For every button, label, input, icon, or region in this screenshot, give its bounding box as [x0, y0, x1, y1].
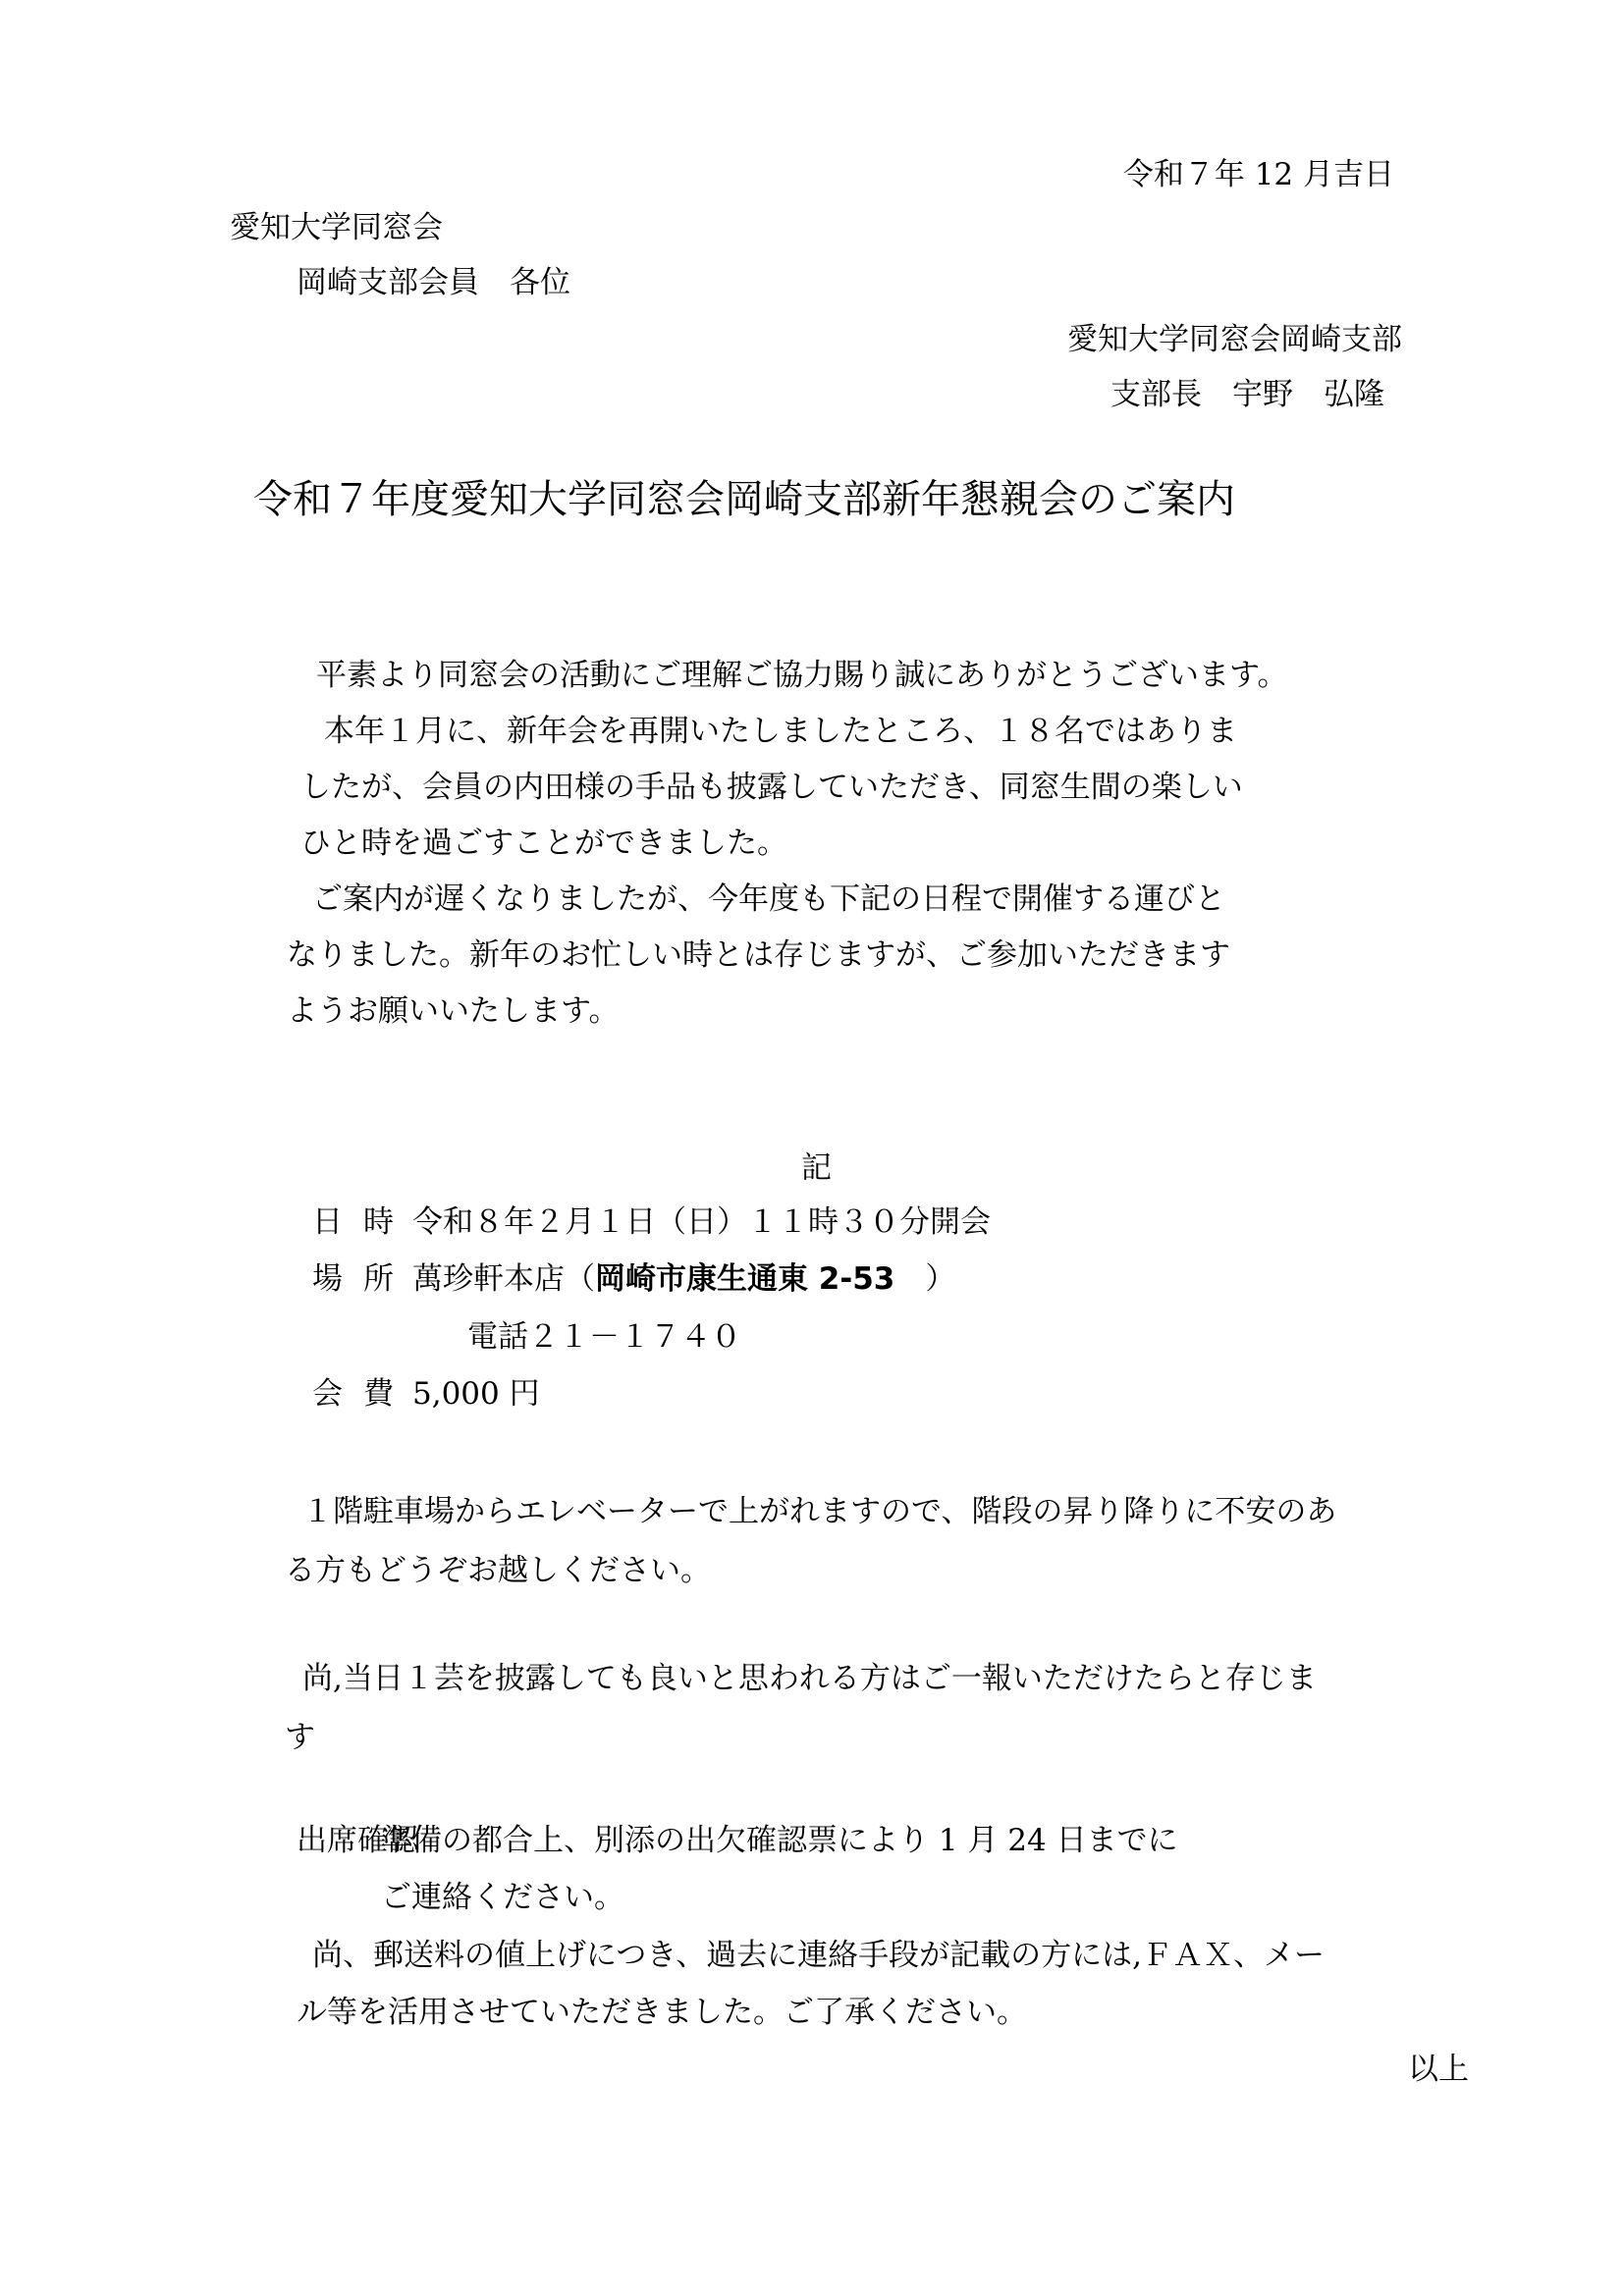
postage-note-line: 尚、郵送料の値上げにつき、過去に連絡手段が記載の方には,ＦＡＸ、メー	[312, 1936, 1325, 1975]
sender-name: 支部長 宇野 弘隆	[1110, 375, 1384, 414]
details-heading: 記	[801, 1148, 832, 1188]
body-line: したが、会員の内田様の手品も披露していただき、同窓生間の楽しい	[300, 768, 1243, 807]
datetime-label-1: 日	[312, 1202, 343, 1242]
venue-label-1: 場	[312, 1259, 343, 1299]
recipient-org: 愛知大学同窓会	[230, 208, 443, 247]
venue-value: 萬珍軒本店（岡崎市康生通東 2-53 ）	[412, 1259, 955, 1299]
document-date: 令和７年 12 月吉日	[1123, 155, 1394, 194]
body-line: 平素より同窓会の活動にご理解ご協力賜り誠にありがとうございます。	[316, 656, 1288, 695]
sender-org: 愛知大学同窓会岡崎支部	[1067, 320, 1402, 359]
venue-address: 岡崎市康生通東 2-53	[595, 1261, 894, 1297]
body-line: ひと時を過ごすことができました。	[300, 824, 787, 863]
venue-name: 萬珍軒本店（	[412, 1261, 595, 1297]
performance-note-line: す	[285, 1718, 315, 1757]
elevator-note-line: １階駐車場からエレベーターで上がれますので、階段の昇り降りに不安のあ	[302, 1492, 1336, 1531]
body-line: なりました。新年のお忙しい時とは存じますが、ご参加いただきます	[287, 935, 1230, 975]
body-line: ようお願いいたします。	[287, 991, 620, 1031]
attendance-line: 準備の都合上、別添の出欠確認票により 1 月 24 日までに	[381, 1821, 1178, 1860]
postage-note-line: ル等を活用させていただきました。ご了承ください。	[297, 1993, 1027, 2032]
venue-phone: 電話２１－１７４０	[467, 1317, 741, 1357]
venue-close: ）	[894, 1261, 955, 1297]
fee-label-1: 会	[312, 1374, 343, 1414]
body-line: 本年１月に、新年会を再開いたしましたところ、１８名ではありま	[324, 712, 1237, 751]
closing-mark: 以上	[1408, 2050, 1469, 2089]
recipient-members: 岡崎支部会員 各位	[297, 263, 570, 302]
elevator-note-line: る方もどうぞお越しください。	[285, 1551, 711, 1590]
document-title: 令和７年度愛知大学同窓会岡崎支部新年懇親会のご案内	[253, 475, 1235, 524]
body-line: ご案内が遅くなりましたが、今年度も下記の日程で開催する運びと	[312, 880, 1225, 919]
datetime-value: 令和８年２月１日（日）１１時３０分開会	[412, 1202, 991, 1242]
attendance-line: ご連絡ください。	[381, 1878, 624, 1917]
performance-note-line: 尚,当日１芸を披露しても良いと思われる方はご一報いただけたらと存じま	[302, 1659, 1317, 1698]
datetime-label-2: 時	[363, 1202, 394, 1242]
fee-value: 5,000 円	[412, 1374, 540, 1414]
venue-label-2: 所	[363, 1259, 394, 1299]
fee-label-2: 費	[363, 1374, 394, 1414]
